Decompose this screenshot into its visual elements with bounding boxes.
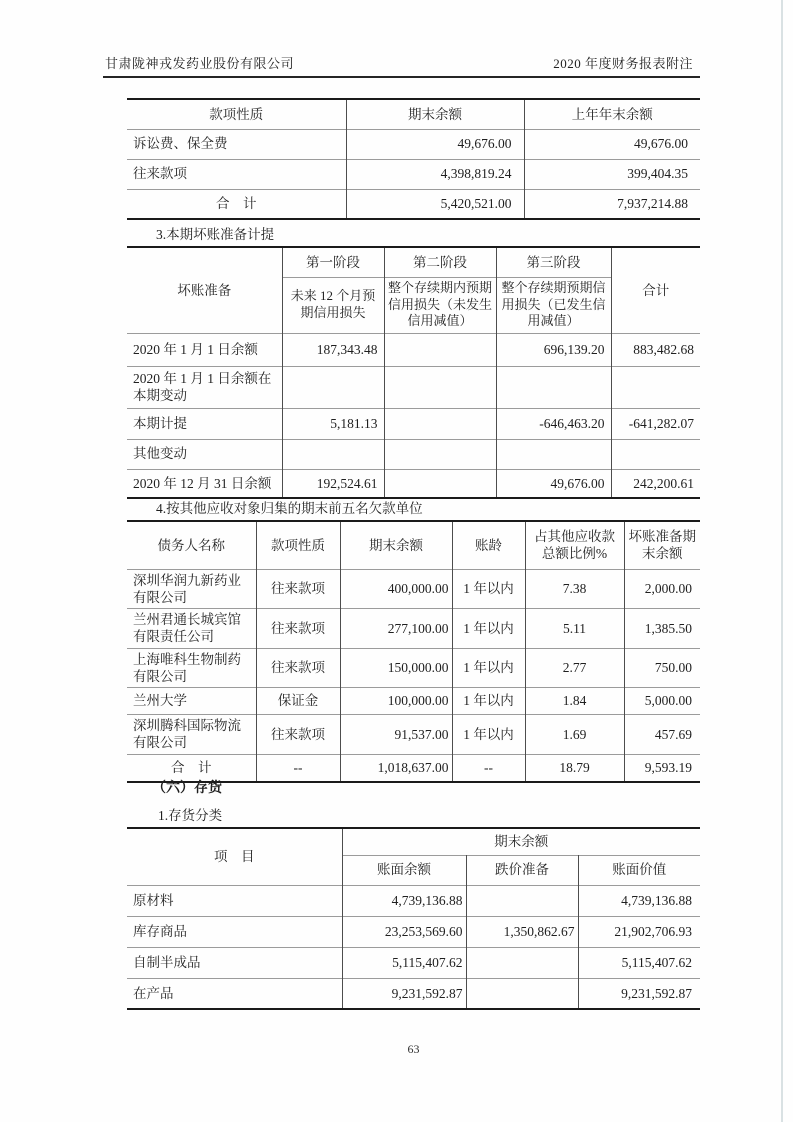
table-cell: 往来款项 xyxy=(256,609,340,649)
column-header: 期末余额 xyxy=(346,99,524,129)
column-header: 账面余额 xyxy=(342,855,466,885)
table-cell: 400,000.00 xyxy=(340,569,452,609)
table-cell xyxy=(611,366,700,408)
table-cell xyxy=(282,366,384,408)
column-header: 款项性质 xyxy=(256,521,340,569)
table-cell: 5.11 xyxy=(525,609,624,649)
table-cell: 往来款项 xyxy=(256,715,340,755)
row-label: 本期计提 xyxy=(127,408,282,439)
column-header: 账面价值 xyxy=(578,855,700,885)
table-cell: 1,385.50 xyxy=(624,609,700,649)
page-number: 63 xyxy=(127,1042,700,1057)
table-cell: 1.69 xyxy=(525,715,624,755)
column-header: 占其他应收款总额比例% xyxy=(525,521,624,569)
section-heading-top5-debtors: 4.按其他应收对象归集的期末前五名欠款单位 xyxy=(156,497,423,517)
table-cell: 5,115,407.62 xyxy=(342,947,466,978)
table-cell: 5,115,407.62 xyxy=(578,947,700,978)
table-cell: 1,018,637.00 xyxy=(340,754,452,782)
table-cell xyxy=(466,885,578,916)
table-cell: 7,937,214.88 xyxy=(524,189,700,219)
row-label: 深圳腾科国际物流有限公司 xyxy=(127,715,256,755)
document-page: 甘肃陇神戎发药业股份有限公司 2020 年度财务报表附注 款项性质 期末余额 上… xyxy=(0,0,793,1122)
table-cell: 242,200.61 xyxy=(611,469,700,498)
table-cell: 1 年以内 xyxy=(452,648,525,688)
table-cell xyxy=(282,439,384,469)
table-cell: 1 年以内 xyxy=(452,715,525,755)
table-cell: 9,231,592.87 xyxy=(342,978,466,1009)
table-cell xyxy=(611,439,700,469)
column-subheader: 未来 12 个月预期信用损失 xyxy=(282,277,384,333)
column-header: 跌价准备 xyxy=(466,855,578,885)
table-cell: 100,000.00 xyxy=(340,688,452,715)
header-rule xyxy=(103,76,700,78)
column-header: 坏账准备期末余额 xyxy=(624,521,700,569)
column-header: 债务人名称 xyxy=(127,521,256,569)
table-cell: 2,000.00 xyxy=(624,569,700,609)
row-label: 库存商品 xyxy=(127,916,342,947)
row-label: 上海唯科生物制药有限公司 xyxy=(127,648,256,688)
column-subheader: 整个存续期内预期信用损失（未发生信用减值） xyxy=(384,277,496,333)
column-header: 第一阶段 xyxy=(282,247,384,277)
row-label: 其他变动 xyxy=(127,439,282,469)
table-cell: 5,181.13 xyxy=(282,408,384,439)
row-label: 往来款项 xyxy=(127,159,346,189)
table-cell: 23,253,569.60 xyxy=(342,916,466,947)
table-cell: 4,398,819.24 xyxy=(346,159,524,189)
bad-debt-provision-table: 坏账准备 第一阶段 第二阶段 第三阶段 合计 未来 12 个月预期信用损失 整个… xyxy=(127,246,700,499)
table-cell: 1 年以内 xyxy=(452,569,525,609)
table-cell: 9,593.19 xyxy=(624,754,700,782)
company-name: 甘肃陇神戎发药业股份有限公司 xyxy=(105,53,294,72)
table-cell: 5,000.00 xyxy=(624,688,700,715)
table-cell: -- xyxy=(452,754,525,782)
table-cell xyxy=(496,366,611,408)
column-header: 上年年末余额 xyxy=(524,99,700,129)
table-cell xyxy=(384,366,496,408)
table-cell: 1 年以内 xyxy=(452,688,525,715)
report-title: 2020 年度财务报表附注 xyxy=(553,53,693,72)
row-label: 自制半成品 xyxy=(127,947,342,978)
table-cell: 4,739,136.88 xyxy=(578,885,700,916)
payments-nature-table: 款项性质 期末余额 上年年末余额 诉讼费、保全费 49,676.00 49,67… xyxy=(127,98,700,220)
table-cell: 往来款项 xyxy=(256,569,340,609)
row-label: 在产品 xyxy=(127,978,342,1009)
table-cell: 883,482.68 xyxy=(611,333,700,366)
section-heading-inventory: （六）存货 xyxy=(152,777,222,797)
table-cell: 91,537.00 xyxy=(340,715,452,755)
table-cell xyxy=(384,469,496,498)
table-cell xyxy=(384,333,496,366)
column-header: 第二阶段 xyxy=(384,247,496,277)
table-cell: 1.84 xyxy=(525,688,624,715)
table-cell: 21,902,706.93 xyxy=(578,916,700,947)
table-cell: 2.77 xyxy=(525,648,624,688)
table-cell xyxy=(496,439,611,469)
table-cell: 往来款项 xyxy=(256,648,340,688)
section-heading-inventory-class: 1.存货分类 xyxy=(158,804,222,824)
table-cell: 18.79 xyxy=(525,754,624,782)
column-header: 账龄 xyxy=(452,521,525,569)
total-row-label: 合 计 xyxy=(127,189,346,219)
corner-header: 项 目 xyxy=(127,828,342,885)
table-cell: 保证金 xyxy=(256,688,340,715)
scan-artifact-line xyxy=(781,0,783,1122)
table-cell: 192,524.61 xyxy=(282,469,384,498)
table-cell: -641,282.07 xyxy=(611,408,700,439)
table-cell xyxy=(466,978,578,1009)
table-cell: 457.69 xyxy=(624,715,700,755)
table-cell: -646,463.20 xyxy=(496,408,611,439)
row-label: 原材料 xyxy=(127,885,342,916)
table-cell: 150,000.00 xyxy=(340,648,452,688)
column-subheader: 整个存续期预期信用损失（已发生信用减值） xyxy=(496,277,611,333)
row-label: 2020 年 1 月 1 日余额在本期变动 xyxy=(127,366,282,408)
table-cell: 1,350,862.67 xyxy=(466,916,578,947)
table-cell xyxy=(384,439,496,469)
column-header: 款项性质 xyxy=(127,99,346,129)
corner-header: 坏账准备 xyxy=(127,247,282,333)
row-label: 兰州君通长城宾馆有限责任公司 xyxy=(127,609,256,649)
table-cell: 399,404.35 xyxy=(524,159,700,189)
table-cell: 187,343.48 xyxy=(282,333,384,366)
table-cell: 1 年以内 xyxy=(452,609,525,649)
top5-debtors-table: 债务人名称 款项性质 期末余额 账龄 占其他应收款总额比例% 坏账准备期末余额 … xyxy=(127,520,700,783)
table-cell: 696,139.20 xyxy=(496,333,611,366)
row-label: 2020 年 12 月 31 日余额 xyxy=(127,469,282,498)
table-cell: 49,676.00 xyxy=(524,129,700,159)
table-cell: 9,231,592.87 xyxy=(578,978,700,1009)
table-cell: 277,100.00 xyxy=(340,609,452,649)
row-label: 诉讼费、保全费 xyxy=(127,129,346,159)
table-cell: 49,676.00 xyxy=(346,129,524,159)
table-cell: 750.00 xyxy=(624,648,700,688)
inventory-table: 项 目 期末余额 账面余额 跌价准备 账面价值 原材料 4,739,136.88… xyxy=(127,827,700,1010)
section-heading-bad-debt: 3.本期坏账准备计提 xyxy=(156,223,274,243)
table-cell xyxy=(384,408,496,439)
table-cell xyxy=(466,947,578,978)
table-cell: 7.38 xyxy=(525,569,624,609)
row-label: 深圳华润九新药业有限公司 xyxy=(127,569,256,609)
row-label: 兰州大学 xyxy=(127,688,256,715)
table-cell: 5,420,521.00 xyxy=(346,189,524,219)
table-cell: -- xyxy=(256,754,340,782)
column-header: 合计 xyxy=(611,247,700,333)
column-header: 第三阶段 xyxy=(496,247,611,277)
column-header: 期末余额 xyxy=(340,521,452,569)
table-cell: 49,676.00 xyxy=(496,469,611,498)
group-header: 期末余额 xyxy=(342,828,700,855)
table-cell: 4,739,136.88 xyxy=(342,885,466,916)
row-label: 2020 年 1 月 1 日余额 xyxy=(127,333,282,366)
